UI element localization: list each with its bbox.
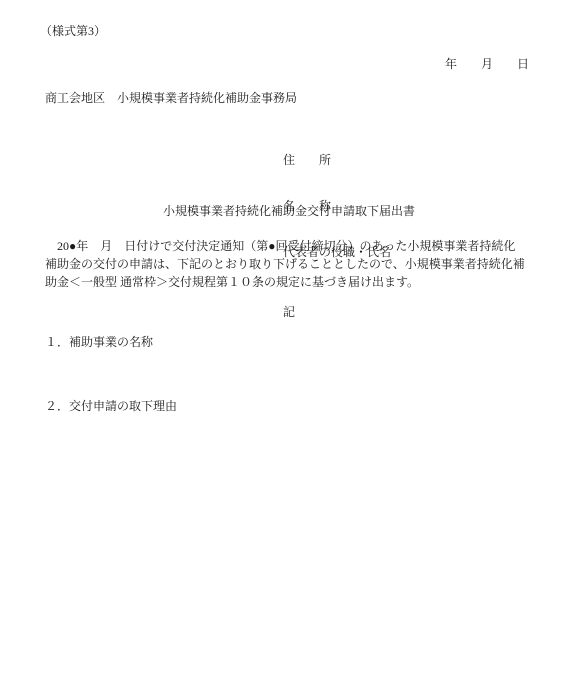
document-title: 小規模事業者持続化補助金交付申請取下届出書 bbox=[0, 204, 578, 218]
record-marker: 記 bbox=[0, 305, 578, 319]
body-line: 助金＜一般型 通常枠＞交付規程第１０条の規定に基づき届け出ます。 bbox=[45, 275, 537, 293]
body-paragraph: 20●年 月 日付けで交付決定通知（第●回受付締切分）のあった小規模事業者持続化… bbox=[45, 239, 537, 293]
document-page: （様式第3） 年 月 日 商工会地区 小規模事業者持続化補助金事務局 住 所 名… bbox=[0, 0, 578, 695]
date-line: 年 月 日 bbox=[445, 57, 529, 71]
body-line: 20●年 月 日付けで交付決定通知（第●回受付締切分）のあった小規模事業者持続化 bbox=[45, 239, 537, 257]
form-number-label: （様式第3） bbox=[40, 24, 106, 38]
item-withdrawal-reason: ２．交付申請の取下理由 bbox=[45, 399, 177, 413]
applicant-address-label: 住 所 bbox=[283, 153, 391, 171]
item-subsidy-project-name: １．補助事業の名称 bbox=[45, 335, 153, 349]
body-line: 補助金の交付の申請は、下記のとおり取り下げることとしたので、小規模事業者持続化補 bbox=[45, 257, 537, 275]
recipient-line: 商工会地区 小規模事業者持続化補助金事務局 bbox=[45, 91, 297, 105]
